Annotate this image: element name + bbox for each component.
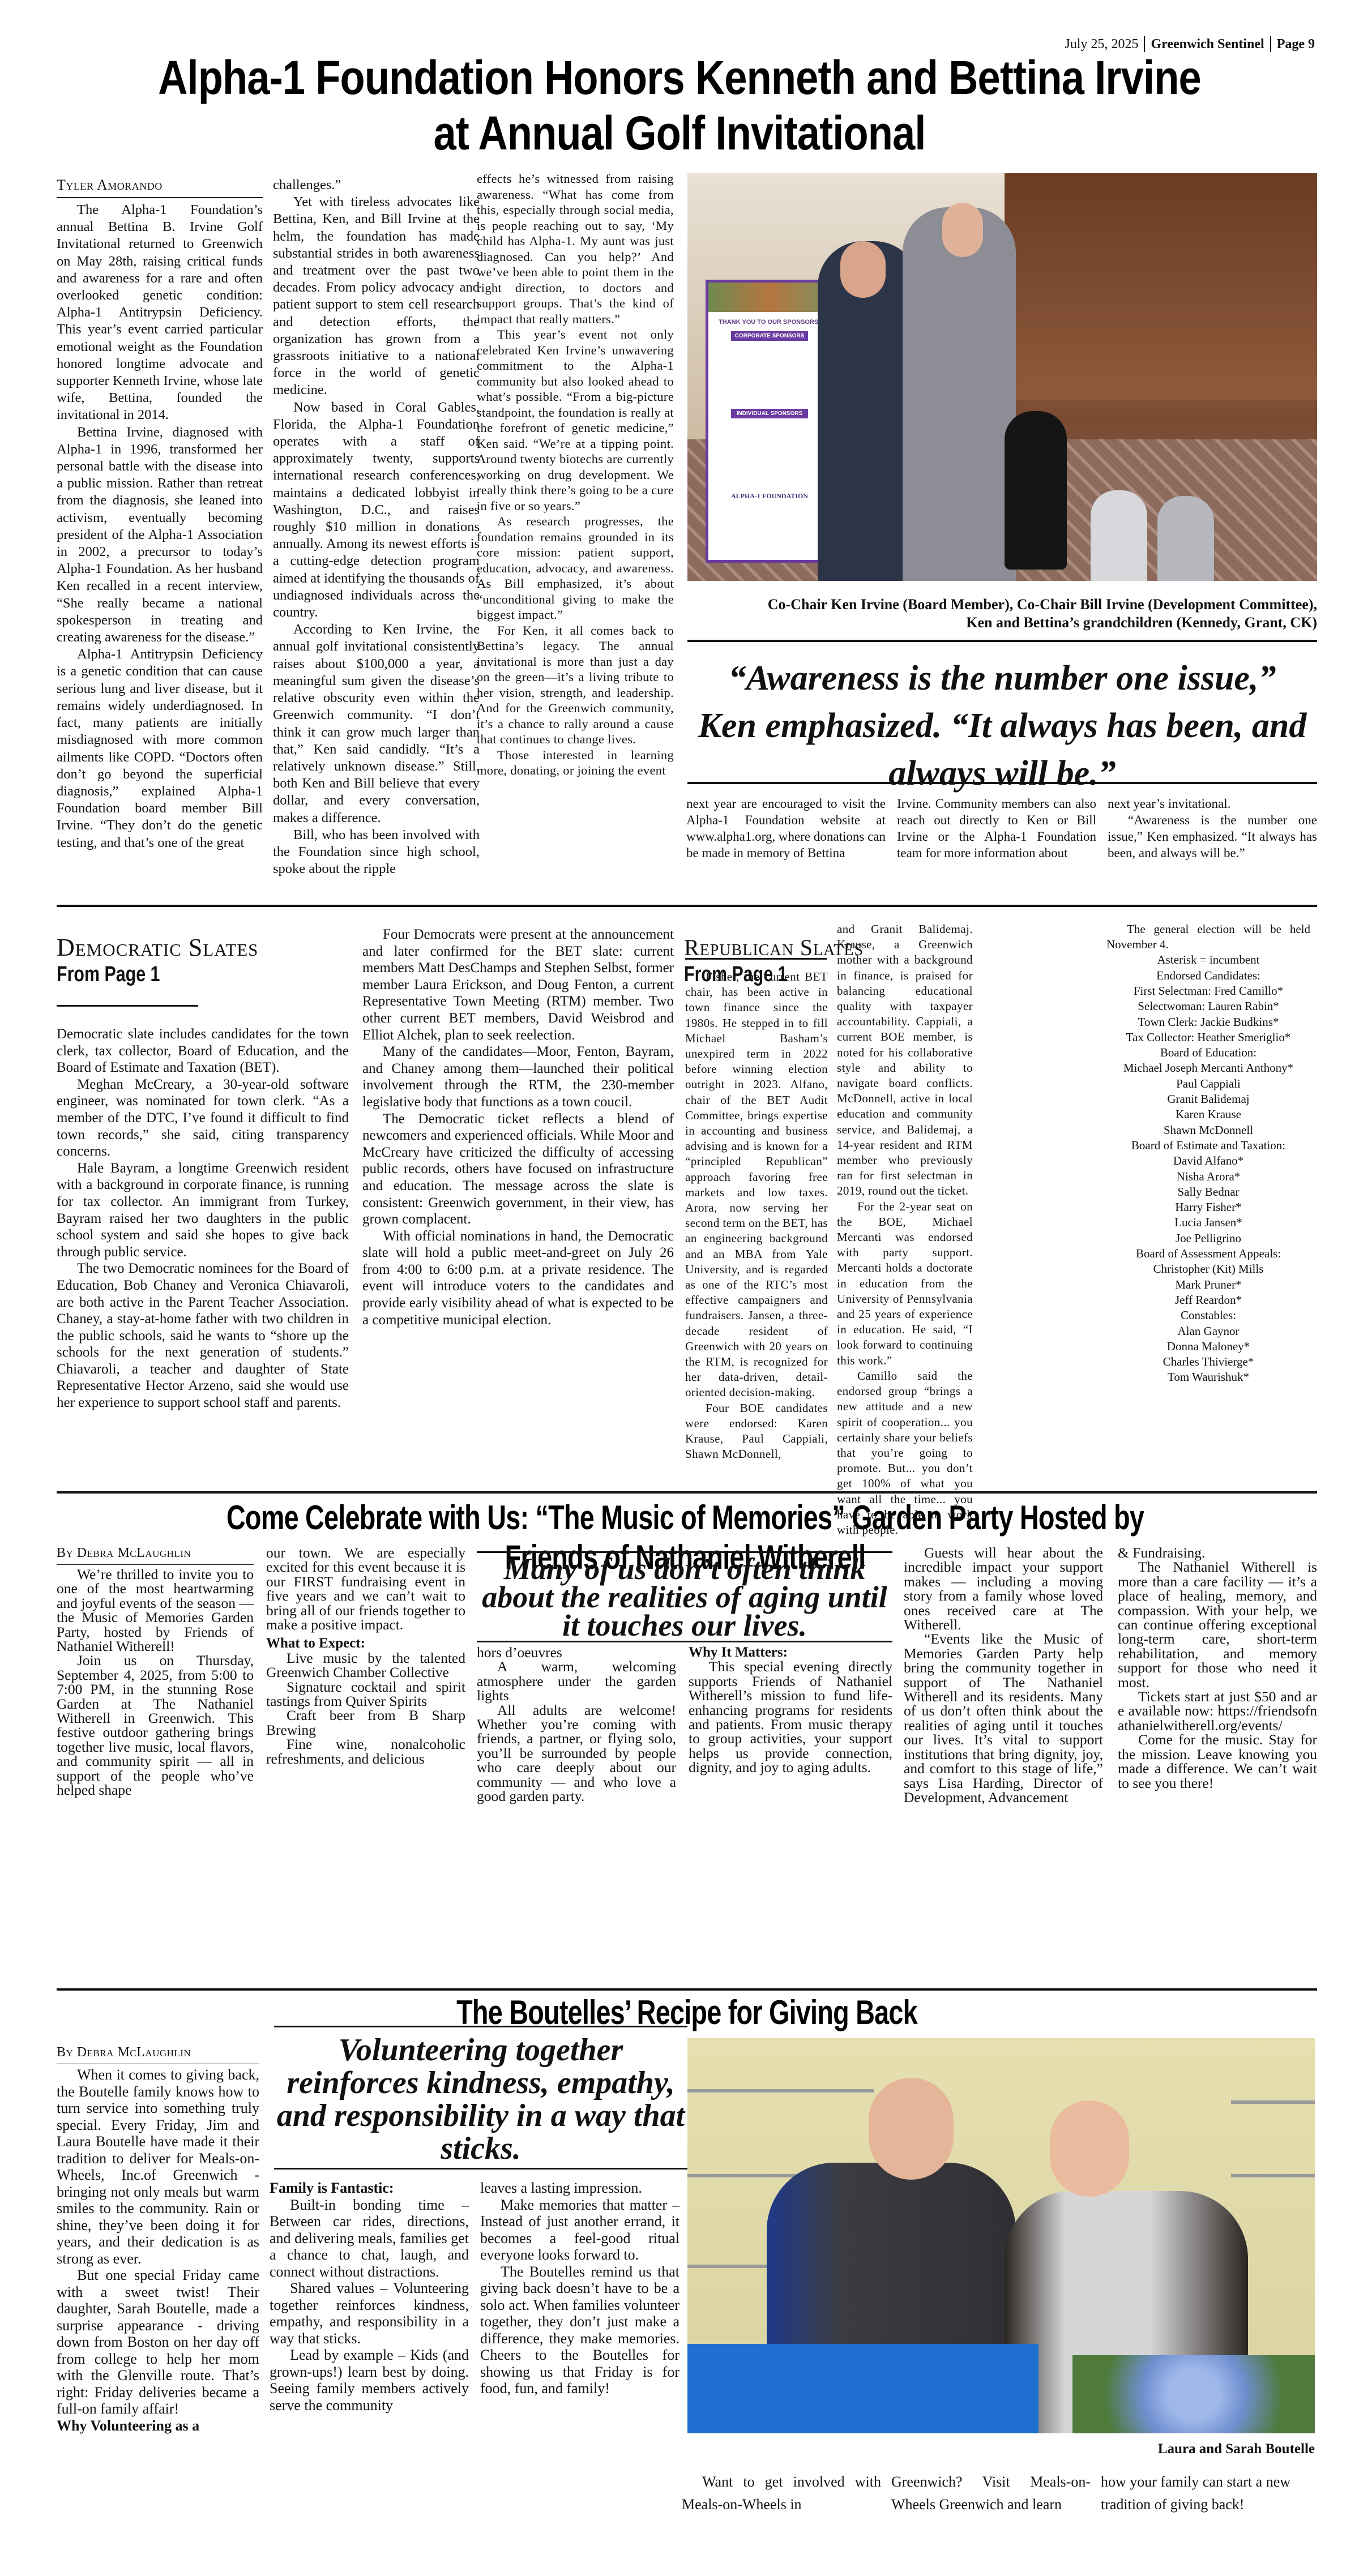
alpha1-pull-quote: “Awareness is the number one issue,” Ken… [696, 654, 1308, 797]
child-grant [1091, 490, 1147, 581]
alpha1-tail-col-2: Irvine. Community members can also reach… [897, 795, 1096, 861]
slate-line: Karen Krause [1106, 1107, 1310, 1122]
paragraph: The Alpha-1 Foundation’s annual Bettina … [57, 202, 263, 424]
face [1050, 2100, 1129, 2197]
expect-item: Craft beer from B Sharp Brewing [266, 1708, 465, 1737]
paragraph: As research progresses, the foundation r… [477, 514, 674, 623]
garden-col-6: & Fundraising. The Nathaniel Witherell i… [1118, 1546, 1317, 1790]
section-divider [57, 1988, 1317, 1991]
face [840, 241, 886, 298]
paragraph: Guests will hear about the incredible im… [904, 1546, 1103, 1632]
slate-line: Endorsed Candidates: [1106, 968, 1310, 983]
paragraph: Many of the candidates—Moor, Fenton, Bay… [362, 1043, 674, 1110]
paragraph: “Awareness is the number one issue,” Ken… [1108, 812, 1317, 861]
paragraph: For the 2-year seat on the BOE, Michael … [837, 1199, 973, 1368]
divider [477, 1641, 892, 1642]
section-divider [57, 905, 1317, 907]
caption-line: Co-Chair Ken Irvine (Board Member), Co-C… [687, 596, 1317, 614]
alpha1-col-2: challenges.” Yet with tireless advocates… [273, 177, 480, 878]
child-kennedy [1005, 411, 1067, 570]
slate-line: Michael Joseph Mercanti Anthony* [1106, 1060, 1310, 1076]
democratic-col-1-body: Democratic slate includes candidates for… [57, 1026, 349, 1411]
paragraph: Democratic slate includes candidates for… [57, 1026, 349, 1076]
paragraph: Bill, who has been involved with the Fou… [273, 827, 480, 878]
wire-shelf [687, 2089, 874, 2093]
garden-col-3: hors d’oeuvres A warm, welcoming atmosph… [477, 1645, 676, 1803]
divider [687, 782, 1317, 784]
caption-line: Ken and Bettina’s grandchildren (Kennedy… [687, 614, 1317, 632]
paragraph: Hale Bayram, a longtime Greenwich reside… [57, 1160, 349, 1261]
slate-line: Charles Thivierge* [1106, 1354, 1310, 1370]
slate-line: Nisha Arora* [1106, 1169, 1310, 1184]
boutelle-tail-col-2: Greenwich? Visit Meals-on-Wheels Greenwi… [891, 2471, 1091, 2516]
paragraph: The Nathaniel Witherell is more than a c… [1118, 1560, 1317, 1689]
boutelle-tail-col-3: how your family can start a new traditio… [1101, 2471, 1310, 2516]
garden-col-1: By Debra McLaughlin We’re thrilled to in… [57, 1546, 254, 1798]
boutelle-col-3: leaves a lasting impression. Make memori… [480, 2180, 679, 2397]
sign-title: THANK YOU TO OUR SPONSORS! [708, 319, 831, 326]
paragraph: The Democratic ticket reflects a blend o… [362, 1111, 674, 1228]
paragraph: This year’s event not only celebrated Ke… [477, 327, 674, 514]
slate-line: Sally Bednar [1106, 1184, 1310, 1200]
slate-line: Harry Fisher* [1106, 1200, 1310, 1215]
alpha1-col-1: Tyler Amorando The Alpha-1 Foundation’s … [57, 177, 263, 851]
slate-line: Donna Maloney* [1106, 1339, 1310, 1354]
paragraph: Join us on Thursday, September 4, 2025, … [57, 1653, 254, 1797]
why-it-matters-heading: Why It Matters: [689, 1645, 892, 1659]
paragraph: A warm, welcoming atmosphere under the g… [477, 1659, 676, 1702]
expect-item: Live music by the talented Greenwich Cha… [266, 1651, 465, 1680]
garden-col-5: Guests will hear about the incredible im… [904, 1546, 1103, 1804]
masthead-divider [1270, 36, 1271, 52]
paragraph: hors d’oeuvres [477, 1645, 676, 1659]
child-ck [1157, 496, 1214, 581]
paragraph: Now based in Coral Gables, Florida, the … [273, 399, 480, 622]
slate-line: Board of Education: [1106, 1045, 1310, 1060]
paragraph: Meghan McCreary, a 30-year-old software … [57, 1076, 349, 1160]
irvine-photo-caption: Co-Chair Ken Irvine (Board Member), Co-C… [687, 596, 1317, 632]
boutelle-byline: By Debra McLaughlin [57, 2045, 259, 2064]
paragraph: “Events like the Music of Memories Garde… [904, 1632, 1103, 1804]
alpha1-col-1-body: The Alpha-1 Foundation’s annual Bettina … [57, 202, 263, 851]
sign-individual-heading: INDIVIDUAL SPONSORS [731, 409, 808, 418]
slate-line: Joe Pelligrino [1106, 1231, 1310, 1246]
paragraph: Those interested in learning more, donat… [477, 747, 674, 778]
slate-line: Tax Collector: Heather Smeriglio* [1106, 1030, 1310, 1045]
paragraph: With official nominations in hand, the D… [362, 1228, 674, 1329]
slate-line: Mark Pruner* [1106, 1277, 1310, 1293]
paragraph: Make memories that matter – Instead of j… [480, 2197, 679, 2263]
garden-byline: By Debra McLaughlin [57, 1546, 254, 1565]
boutelle-tail-col-1: Want to get involved with Meals-on-Wheel… [682, 2471, 881, 2516]
boutelle-pull-quote: Volunteering together reinforces kindnes… [274, 2034, 687, 2165]
republican-col-3: The general election will be held Novemb… [1106, 922, 1310, 1385]
slate-line: First Selectman: Fred Camillo* [1106, 983, 1310, 999]
republican-col-2: and Granit Balidemaj. Krause, a Greenwic… [837, 922, 973, 1538]
paragraph: Lead by example – Kids (and grown-ups!) … [270, 2347, 469, 2414]
face [942, 203, 983, 257]
garden-col-4: Why It Matters: This special evening dir… [689, 1645, 892, 1775]
paragraph: The Boutelles remind us that giving back… [480, 2263, 679, 2397]
slate-line: Town Clerk: Jackie Budkins* [1106, 1015, 1310, 1030]
paragraph: Fisher, the current BET chair, has been … [685, 969, 828, 1401]
democratic-col-2: Four Democrats were present at the annou… [362, 926, 674, 1328]
divider [685, 958, 827, 960]
paragraph: our town. We are especially excited for … [266, 1546, 465, 1632]
slate-line: Board of Assessment Appeals: [1106, 1246, 1310, 1261]
paragraph: Four BOE candidates were endorsed: Karen… [685, 1401, 828, 1462]
paragraph: Irvine. Community members can also reach… [897, 795, 1096, 861]
alpha1-tail-col-1: next year are encouraged to visit the Al… [686, 795, 886, 861]
insulated-meal-bag [687, 2344, 1039, 2433]
slate-line: Lucia Jansen* [1106, 1215, 1310, 1230]
alpha1-byline: Tyler Amorando [57, 177, 263, 198]
paragraph: Come for the music. Stay for the mission… [1118, 1732, 1317, 1790]
alpha1-headline: Alpha-1 Foundation Honors Kenneth and Be… [144, 50, 1215, 161]
paragraph: All adults are welcome! Whether you’re c… [477, 1703, 676, 1804]
wire-shelf [1231, 2174, 1315, 2177]
slate-line: David Alfano* [1106, 1153, 1310, 1169]
divider [274, 2168, 687, 2170]
boutelle-col-2: Family is Fantastic: Built-in bonding ti… [270, 2180, 469, 2414]
family-fantastic-heading: Family is Fantastic: [270, 2180, 469, 2197]
republican-col-1: Fisher, the current BET chair, has been … [685, 969, 828, 1462]
boutelle-photo-caption: Laura and Sarah Boutelle [687, 2440, 1315, 2458]
paragraph: Four Democrats were present at the annou… [362, 926, 674, 1043]
paragraph: But one special Friday came with a sweet… [57, 2267, 259, 2417]
garden-pull-quote: Many of us don’t often think about the r… [477, 1555, 892, 1640]
slate-line: Granit Balidemaj [1106, 1092, 1310, 1107]
slate-line: Jeff Reardon* [1106, 1293, 1310, 1308]
paragraph: When it comes to giving back, the Boutel… [57, 2066, 259, 2267]
paragraph: & Fundraising. [1118, 1546, 1317, 1560]
slate-line: Asterisk = incumbent [1106, 952, 1310, 968]
democratic-section-title: Democratic Slates From Page 1 [57, 934, 260, 987]
sponsor-easel-sign: THANK YOU TO OUR SPONSORS! CORPORATE SPO… [706, 280, 834, 563]
paragraph: Alpha-1 Antitrypsin Deficiency is a gene… [57, 646, 263, 851]
paragraph: next year are encouraged to visit the Al… [686, 795, 886, 861]
tickets-paragraph: Tickets start at just $50 and are availa… [1118, 1689, 1317, 1732]
wire-shelf [1231, 2100, 1315, 2104]
section-title: Democratic Slates [57, 934, 260, 961]
alpha1-tail-col-3: next year’s invitational. “Awareness is … [1108, 795, 1317, 861]
paragraph: The general election will be held Novemb… [1106, 922, 1310, 952]
slate-line: Selectwoman: Lauren Rabin* [1106, 999, 1310, 1014]
paragraph: Shared values – Volunteering together re… [270, 2280, 469, 2347]
paragraph: effects he’s witnessed from raising awar… [477, 171, 674, 327]
paragraph: The two Democratic nominees for the Boar… [57, 1260, 349, 1411]
bar-area [1005, 173, 1317, 400]
face [869, 2078, 954, 2180]
paragraph: leaves a lasting impression. [480, 2180, 679, 2197]
paragraph: Want to get involved with Meals-on-Wheel… [682, 2471, 881, 2516]
garden-col-2: our town. We are especially excited for … [266, 1546, 465, 1766]
section-subtitle: From Page 1 [57, 961, 220, 987]
paragraph: We’re thrilled to invite you to one of t… [57, 1567, 254, 1653]
paragraph: According to Ken Irvine, the annual golf… [273, 621, 480, 826]
boutelle-photo [687, 2038, 1315, 2433]
paragraph: next year’s invitational. [1108, 795, 1317, 812]
paragraph: challenges.” [273, 177, 480, 194]
paragraph: Greenwich? Visit Meals-on-Wheels Greenwi… [891, 2471, 1091, 2516]
slate-line: Shawn McDonnell [1106, 1123, 1310, 1138]
expect-item: Fine wine, nonalcoholic refreshments, an… [266, 1737, 465, 1766]
slate-line: Tom Waurishuk* [1106, 1370, 1310, 1385]
alpha1-col-3: effects he’s witnessed from raising awar… [477, 171, 674, 778]
divider [274, 2026, 687, 2027]
paragraph: This special evening directly supports F… [689, 1659, 892, 1774]
slate-line: Christopher (Kit) Mills [1106, 1261, 1310, 1277]
blue-flowers [1072, 2355, 1315, 2433]
slate-line: Board of Estimate and Taxation: [1106, 1138, 1310, 1153]
sign-corporate-heading: CORPORATE SPONSORS [731, 331, 808, 341]
slate-line: Constables: [1106, 1308, 1310, 1323]
person-bill-irvine [903, 207, 1016, 581]
page-number: Page 9 [1277, 37, 1315, 52]
paragraph: and Granit Balidemaj. Krause, a Greenwic… [837, 922, 973, 1199]
paragraph: For Ken, it all comes back to Bettina’s … [477, 623, 674, 747]
paragraph: Bettina Irvine, diagnosed with Alpha-1 i… [57, 424, 263, 647]
slate-line: Alan Gaynor [1106, 1324, 1310, 1339]
sign-landscape-image [708, 283, 831, 312]
what-to-expect-heading: What to Expect: [266, 1636, 465, 1650]
slate-line: Paul Cappiali [1106, 1076, 1310, 1092]
expect-item: Signature cocktail and spirit tastings f… [266, 1680, 465, 1709]
endorsed-slate-list: Asterisk = incumbent Endorsed Candidates… [1106, 952, 1310, 1385]
paragraph: Yet with tireless advocates like Bettina… [273, 194, 480, 399]
divider [57, 1005, 198, 1007]
section-divider [57, 1491, 1317, 1494]
why-volunteering-heading: Why Volunteering as a [57, 2417, 259, 2434]
alpha1-logo: ALPHA-1 FOUNDATION [708, 492, 831, 500]
paragraph: how your family can start a new traditio… [1101, 2471, 1310, 2516]
divider [687, 640, 1317, 642]
boutelle-col-1: By Debra McLaughlin When it comes to giv… [57, 2045, 259, 2434]
irvine-family-photo: THANK YOU TO OUR SPONSORS! CORPORATE SPO… [687, 173, 1317, 581]
paragraph: Built-in bonding time – Between car ride… [270, 2197, 469, 2280]
